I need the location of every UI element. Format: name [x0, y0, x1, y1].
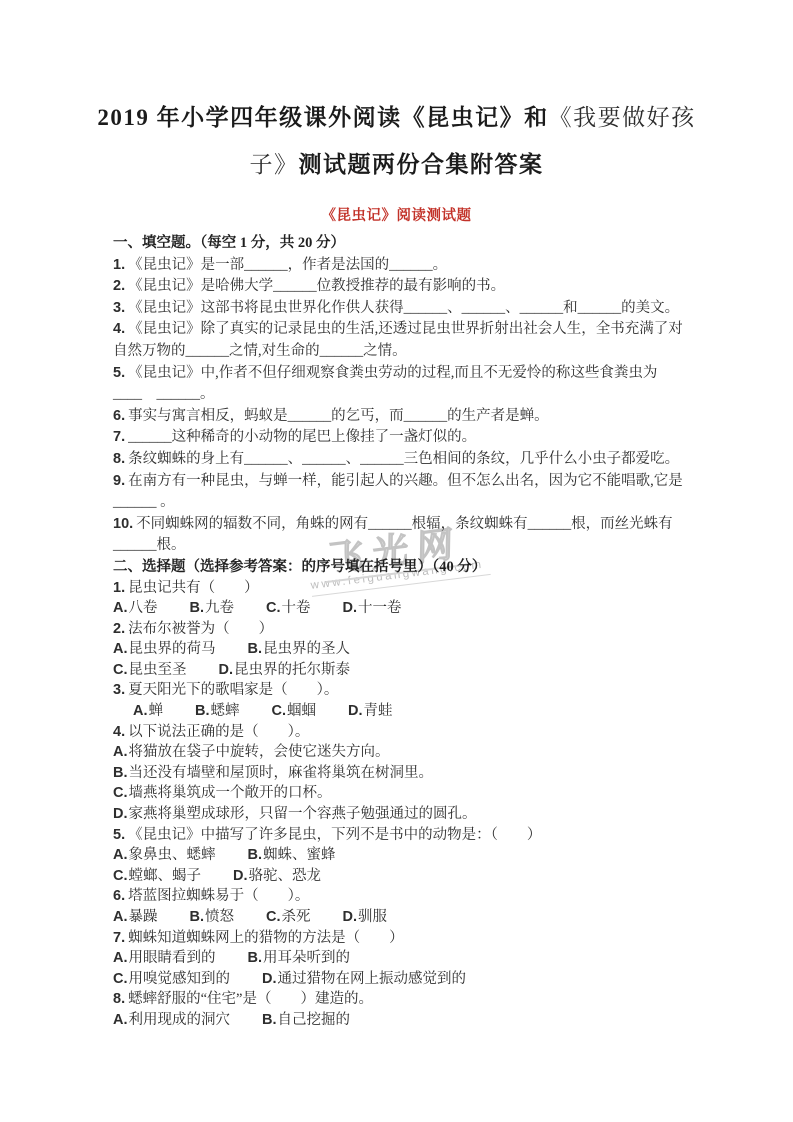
- question-text: 《昆虫记》中描写了许多昆虫，下列不是书中的动物是：（ ）: [128, 827, 541, 843]
- question-line: 2.法布尔被誉为（ ）: [113, 619, 697, 640]
- options-line: C.螳螂、蝎子D.骆驼、恐龙: [113, 866, 697, 887]
- question-number: 3.: [113, 300, 125, 316]
- option-letter: B.: [113, 765, 128, 781]
- option: A.用眼睛看到的: [113, 950, 216, 966]
- question-line: 3.夏天阳光下的歌唱家是（ ）。: [113, 680, 697, 701]
- option: B.昆虫界的圣人: [248, 641, 351, 657]
- page-title: 2019 年小学四年级课外阅读《昆虫记》和《我要做好孩子》测试题两份合集附答案: [92, 94, 701, 188]
- question-line: 8.条纹蜘蛛的身上有______、______、______三色相间的条纹，几乎…: [113, 449, 697, 471]
- question-line: 3.《昆虫记》这部书将昆虫世界化作供人获得______、______、_____…: [113, 298, 697, 320]
- question-text: 昆虫记共有（ ）: [128, 580, 259, 596]
- option: A.利用现成的洞穴: [113, 1012, 230, 1028]
- option: A.蝉: [133, 703, 163, 719]
- question-line: 7.______这种稀奇的小动物的尾巴上像挂了一盏灯似的。: [113, 427, 697, 449]
- options-line: A.象鼻虫、蟋蟀B.蜘蛛、蜜蜂: [113, 845, 697, 866]
- option: D.驯服: [343, 909, 388, 925]
- question-text: 《昆虫记》中,作者不但仔细观察食粪虫劳动的过程,而且不无爱怜的称这些食粪虫为: [128, 365, 657, 381]
- option: B.自己挖掘的: [262, 1012, 350, 1028]
- option: A.八卷: [113, 600, 158, 616]
- question-number: 2.: [113, 278, 125, 294]
- question-number: 1.: [113, 257, 125, 273]
- option: C.螳螂、蝎子: [113, 868, 201, 884]
- option: C.昆虫至圣: [113, 662, 187, 678]
- question-number: 10.: [113, 516, 133, 532]
- question-text: 《昆虫记》除了真实的记录昆虫的生活,还透过昆虫世界折射出社会人生，全书充满了对: [128, 321, 683, 337]
- question-number: 7.: [113, 930, 125, 946]
- document-page: 飞光网 www.feiguangwang.com 2019 年小学四年级课外阅读…: [0, 0, 793, 1122]
- section-heading: 二、选择题（选择参考答案：的序号填在括号里）（40 分）: [113, 557, 697, 578]
- option-letter: C.: [113, 868, 128, 884]
- option-text: 昆虫界的圣人: [263, 641, 350, 657]
- section-heading: 一、填空题。（每空 1 分，共 20 分）: [113, 233, 697, 255]
- option-text: 通过猎物在网上振动感觉到的: [278, 971, 467, 987]
- option: C.杀死: [266, 909, 311, 925]
- option: B.蟋蟀: [195, 703, 240, 719]
- option-text: 八卷: [129, 600, 158, 616]
- option-letter: A.: [133, 703, 148, 719]
- option-text: 驯服: [358, 909, 387, 925]
- option-letter: A.: [113, 744, 128, 760]
- question-text: 《昆虫记》是一部______，作者是法国的______。: [128, 257, 447, 273]
- option: B.当还没有墙壁和屋顶时，麻雀将巢筑在树洞里。: [113, 765, 433, 781]
- option: C.十卷: [266, 600, 311, 616]
- option-text: 蜘蛛、蜜蜂: [263, 847, 336, 863]
- question-text: 以下说法正确的是（ ）。: [128, 724, 309, 740]
- question-line: 5.《昆虫记》中描写了许多昆虫，下列不是书中的动物是：（ ）: [113, 825, 697, 846]
- question-line: 9.在南方有一种昆虫，与蝉一样，能引起人的兴趣。但不怎么出名，因为它不能唱歌,它…: [113, 471, 697, 493]
- option-text: 九卷: [205, 600, 234, 616]
- question-number: 6.: [113, 408, 125, 424]
- option-letter: A.: [113, 1012, 128, 1028]
- options-line: C.墙燕将巢筑成一个敞开的口杯。: [113, 783, 697, 804]
- option-letter: D.: [343, 600, 358, 616]
- option: A.象鼻虫、蟋蟀: [113, 847, 216, 863]
- question-text: 夏天阳光下的歌唱家是（ ）。: [128, 682, 338, 698]
- question-text: 条纹蜘蛛的身上有______、______、______三色相间的条纹，几乎什么…: [128, 451, 679, 467]
- option-letter: A.: [113, 950, 128, 966]
- option: B.蜘蛛、蜜蜂: [248, 847, 336, 863]
- question-text: 《昆虫记》是哈佛大学______位教授推荐的最有影响的书。: [128, 278, 505, 294]
- option-letter: D.: [219, 662, 234, 678]
- question-line: 6.事实与寓言相反，蚂蚁是______的乞丐，而______的生产者是蝉。: [113, 406, 697, 428]
- question-line: 4.以下说法正确的是（ ）。: [113, 722, 697, 743]
- title-part-1: 2019 年小学四年级课外阅读《昆虫记》和: [97, 105, 548, 130]
- blank-line: ____ ______。: [113, 386, 215, 402]
- question-number: 8.: [113, 991, 125, 1007]
- question-line: 5.《昆虫记》中,作者不但仔细观察食粪虫劳动的过程,而且不无爱怜的称这些食粪虫为: [113, 363, 697, 385]
- option-text: 用嗅觉感知到的: [129, 971, 231, 987]
- question-text: 在南方有一种昆虫，与蝉一样，能引起人的兴趣。但不怎么出名，因为它不能唱歌,它是: [128, 473, 683, 489]
- section-fill-in-blank: 一、填空题。（每空 1 分，共 20 分） 1.《昆虫记》是一部______，作…: [113, 233, 697, 557]
- question-continuation: 自然万物的______之情,对生命的______之情。: [113, 341, 697, 363]
- option: A.暴躁: [113, 909, 158, 925]
- options-line: A.暴躁B.愤怒C.杀死D.驯服: [113, 907, 697, 928]
- option-text: 暴躁: [129, 909, 158, 925]
- option: D.通过猎物在网上振动感觉到的: [262, 971, 466, 987]
- question-continuation: ______ 。: [113, 492, 697, 514]
- option-text: 青蛙: [364, 703, 393, 719]
- question-continuation: ____ ______。: [113, 384, 697, 406]
- question-number: 8.: [113, 451, 125, 467]
- option: B.用耳朵听到的: [248, 950, 351, 966]
- blank-line: ______根。: [113, 537, 186, 553]
- options-line: A.八卷B.九卷C.十卷D.十一卷: [113, 598, 697, 619]
- option-letter: B.: [248, 950, 263, 966]
- option-letter: D.: [348, 703, 363, 719]
- option-text: 愤怒: [205, 909, 234, 925]
- option-text: 用眼睛看到的: [129, 950, 216, 966]
- option: D.家燕将巢塑成球形，只留一个容燕子勉强通过的圆孔。: [113, 806, 477, 822]
- option-letter: D.: [343, 909, 358, 925]
- option-text: 墙燕将巢筑成一个敞开的口杯。: [129, 785, 332, 801]
- question-line: 2.《昆虫记》是哈佛大学______位教授推荐的最有影响的书。: [113, 276, 697, 298]
- question-text: 蜘蛛知道蜘蛛网上的猎物的方法是（ ）: [128, 930, 404, 946]
- options-line: A.昆虫界的荷马B.昆虫界的圣人: [113, 639, 697, 660]
- option: C.蝈蝈: [272, 703, 317, 719]
- question-line: 6.塔蓝图拉蜘蛛易于（ ）。: [113, 886, 697, 907]
- option: C.墙燕将巢筑成一个敞开的口杯。: [113, 785, 332, 801]
- question-number: 4.: [113, 724, 125, 740]
- option: B.九卷: [190, 600, 235, 616]
- option-letter: C.: [266, 600, 281, 616]
- option-letter: D.: [233, 868, 248, 884]
- option-letter: B.: [190, 600, 205, 616]
- question-text: 不同蜘蛛网的辐数不同，角蛛的网有______根辐，条纹蜘蛛有______根，而丝…: [136, 516, 673, 532]
- question-text: ______这种稀奇的小动物的尾巴上像挂了一盏灯似的。: [128, 429, 476, 445]
- options-line: A.利用现成的洞穴B.自己挖掘的: [113, 1010, 697, 1031]
- question-line: 1.《昆虫记》是一部______，作者是法国的______。: [113, 255, 697, 277]
- blank-line: ______ 。: [113, 494, 175, 510]
- question-number: 5.: [113, 827, 125, 843]
- options-line: D.家燕将巢塑成球形，只留一个容燕子勉强通过的圆孔。: [113, 804, 697, 825]
- option: A.昆虫界的荷马: [113, 641, 216, 657]
- question-number: 7.: [113, 429, 125, 445]
- question-text: 《昆虫记》这部书将昆虫世界化作供人获得______、______、______和…: [128, 300, 679, 316]
- option-text: 十卷: [282, 600, 311, 616]
- option-text: 当还没有墙壁和屋顶时，麻雀将巢筑在树洞里。: [129, 765, 434, 781]
- option-text: 利用现成的洞穴: [129, 1012, 231, 1028]
- question-number: 3.: [113, 682, 125, 698]
- option-letter: B.: [248, 641, 263, 657]
- option-text: 蟋蟀: [211, 703, 240, 719]
- option-text: 家燕将巢塑成球形，只留一个容燕子勉强通过的圆孔。: [129, 806, 477, 822]
- option: D.昆虫界的托尔斯泰: [219, 662, 351, 678]
- option-text: 象鼻虫、蟋蟀: [129, 847, 216, 863]
- question-number: 6.: [113, 888, 125, 904]
- option: D.十一卷: [343, 600, 402, 616]
- option-text: 蝉: [149, 703, 164, 719]
- option-letter: D.: [113, 806, 128, 822]
- options-line: C.昆虫至圣D.昆虫界的托尔斯泰: [113, 660, 697, 681]
- option-letter: C.: [113, 971, 128, 987]
- question-text: 事实与寓言相反，蚂蚁是______的乞丐，而______的生产者是蝉。: [128, 408, 549, 424]
- question-line: 8.蟋蟀舒服的“住宅”是（ ）建造的。: [113, 989, 697, 1010]
- title-part-3: 测试题两份合集附答案: [299, 152, 544, 177]
- option-letter: A.: [113, 909, 128, 925]
- option-letter: C.: [272, 703, 287, 719]
- options-line: A.蝉B.蟋蟀C.蝈蝈D.青蛙: [113, 701, 697, 722]
- question-text: 塔蓝图拉蜘蛛易于（ ）。: [128, 888, 309, 904]
- document-content: 2019 年小学四年级课外阅读《昆虫记》和《我要做好孩子》测试题两份合集附答案 …: [0, 94, 793, 1031]
- option-text: 十一卷: [358, 600, 402, 616]
- question-number: 9.: [113, 473, 125, 489]
- options-line: A.将猫放在袋子中旋转，会使它迷失方向。: [113, 742, 697, 763]
- option-text: 昆虫至圣: [129, 662, 187, 678]
- question-number: 5.: [113, 365, 125, 381]
- option: B.愤怒: [190, 909, 235, 925]
- options-line: B.当还没有墙壁和屋顶时，麻雀将巢筑在树洞里。: [113, 763, 697, 784]
- option-letter: D.: [262, 971, 277, 987]
- question-line: 4.《昆虫记》除了真实的记录昆虫的生活,还透过昆虫世界折射出社会人生，全书充满了…: [113, 319, 697, 341]
- test-subtitle: 《昆虫记》阅读测试题: [0, 204, 793, 225]
- option-letter: A.: [113, 600, 128, 616]
- option-letter: B.: [190, 909, 205, 925]
- option: D.骆驼、恐龙: [233, 868, 321, 884]
- question-line: 7.蜘蛛知道蜘蛛网上的猎物的方法是（ ）: [113, 928, 697, 949]
- option-letter: C.: [266, 909, 281, 925]
- question-text: 蟋蟀舒服的“住宅”是（ ）建造的。: [128, 991, 373, 1007]
- question-line: 1.昆虫记共有（ ）: [113, 578, 697, 599]
- options-line: A.用眼睛看到的B.用耳朵听到的: [113, 948, 697, 969]
- question-text: 法布尔被誉为（ ）: [128, 621, 273, 637]
- option: A.将猫放在袋子中旋转，会使它迷失方向。: [113, 744, 390, 760]
- option-text: 用耳朵听到的: [263, 950, 350, 966]
- option-text: 昆虫界的托尔斯泰: [234, 662, 350, 678]
- option: C.用嗅觉感知到的: [113, 971, 230, 987]
- options-line: C.用嗅觉感知到的D.通过猎物在网上振动感觉到的: [113, 969, 697, 990]
- option-text: 昆虫界的荷马: [129, 641, 216, 657]
- option-letter: B.: [262, 1012, 277, 1028]
- option-letter: B.: [248, 847, 263, 863]
- question-number: 2.: [113, 621, 125, 637]
- option-letter: B.: [195, 703, 210, 719]
- question-continuation: ______根。: [113, 535, 697, 557]
- question-number: 1.: [113, 580, 125, 596]
- option-text: 骆驼、恐龙: [249, 868, 322, 884]
- option-letter: C.: [113, 785, 128, 801]
- option: D.青蛙: [348, 703, 393, 719]
- option-text: 螳螂、蝎子: [129, 868, 202, 884]
- option-letter: A.: [113, 847, 128, 863]
- question-line: 10.不同蜘蛛网的辐数不同，角蛛的网有______根辐，条纹蜘蛛有______根…: [113, 514, 697, 536]
- question-number: 4.: [113, 321, 125, 337]
- question-text: 自然万物的______之情,对生命的______之情。: [113, 343, 407, 359]
- option-letter: C.: [113, 662, 128, 678]
- option-text: 蝈蝈: [287, 703, 316, 719]
- option-text: 自己挖掘的: [278, 1012, 351, 1028]
- option-letter: A.: [113, 641, 128, 657]
- section-multiple-choice: 二、选择题（选择参考答案：的序号填在括号里）（40 分） 1.昆虫记共有（ ） …: [113, 557, 697, 1031]
- option-text: 将猫放在袋子中旋转，会使它迷失方向。: [129, 744, 390, 760]
- option-text: 杀死: [282, 909, 311, 925]
